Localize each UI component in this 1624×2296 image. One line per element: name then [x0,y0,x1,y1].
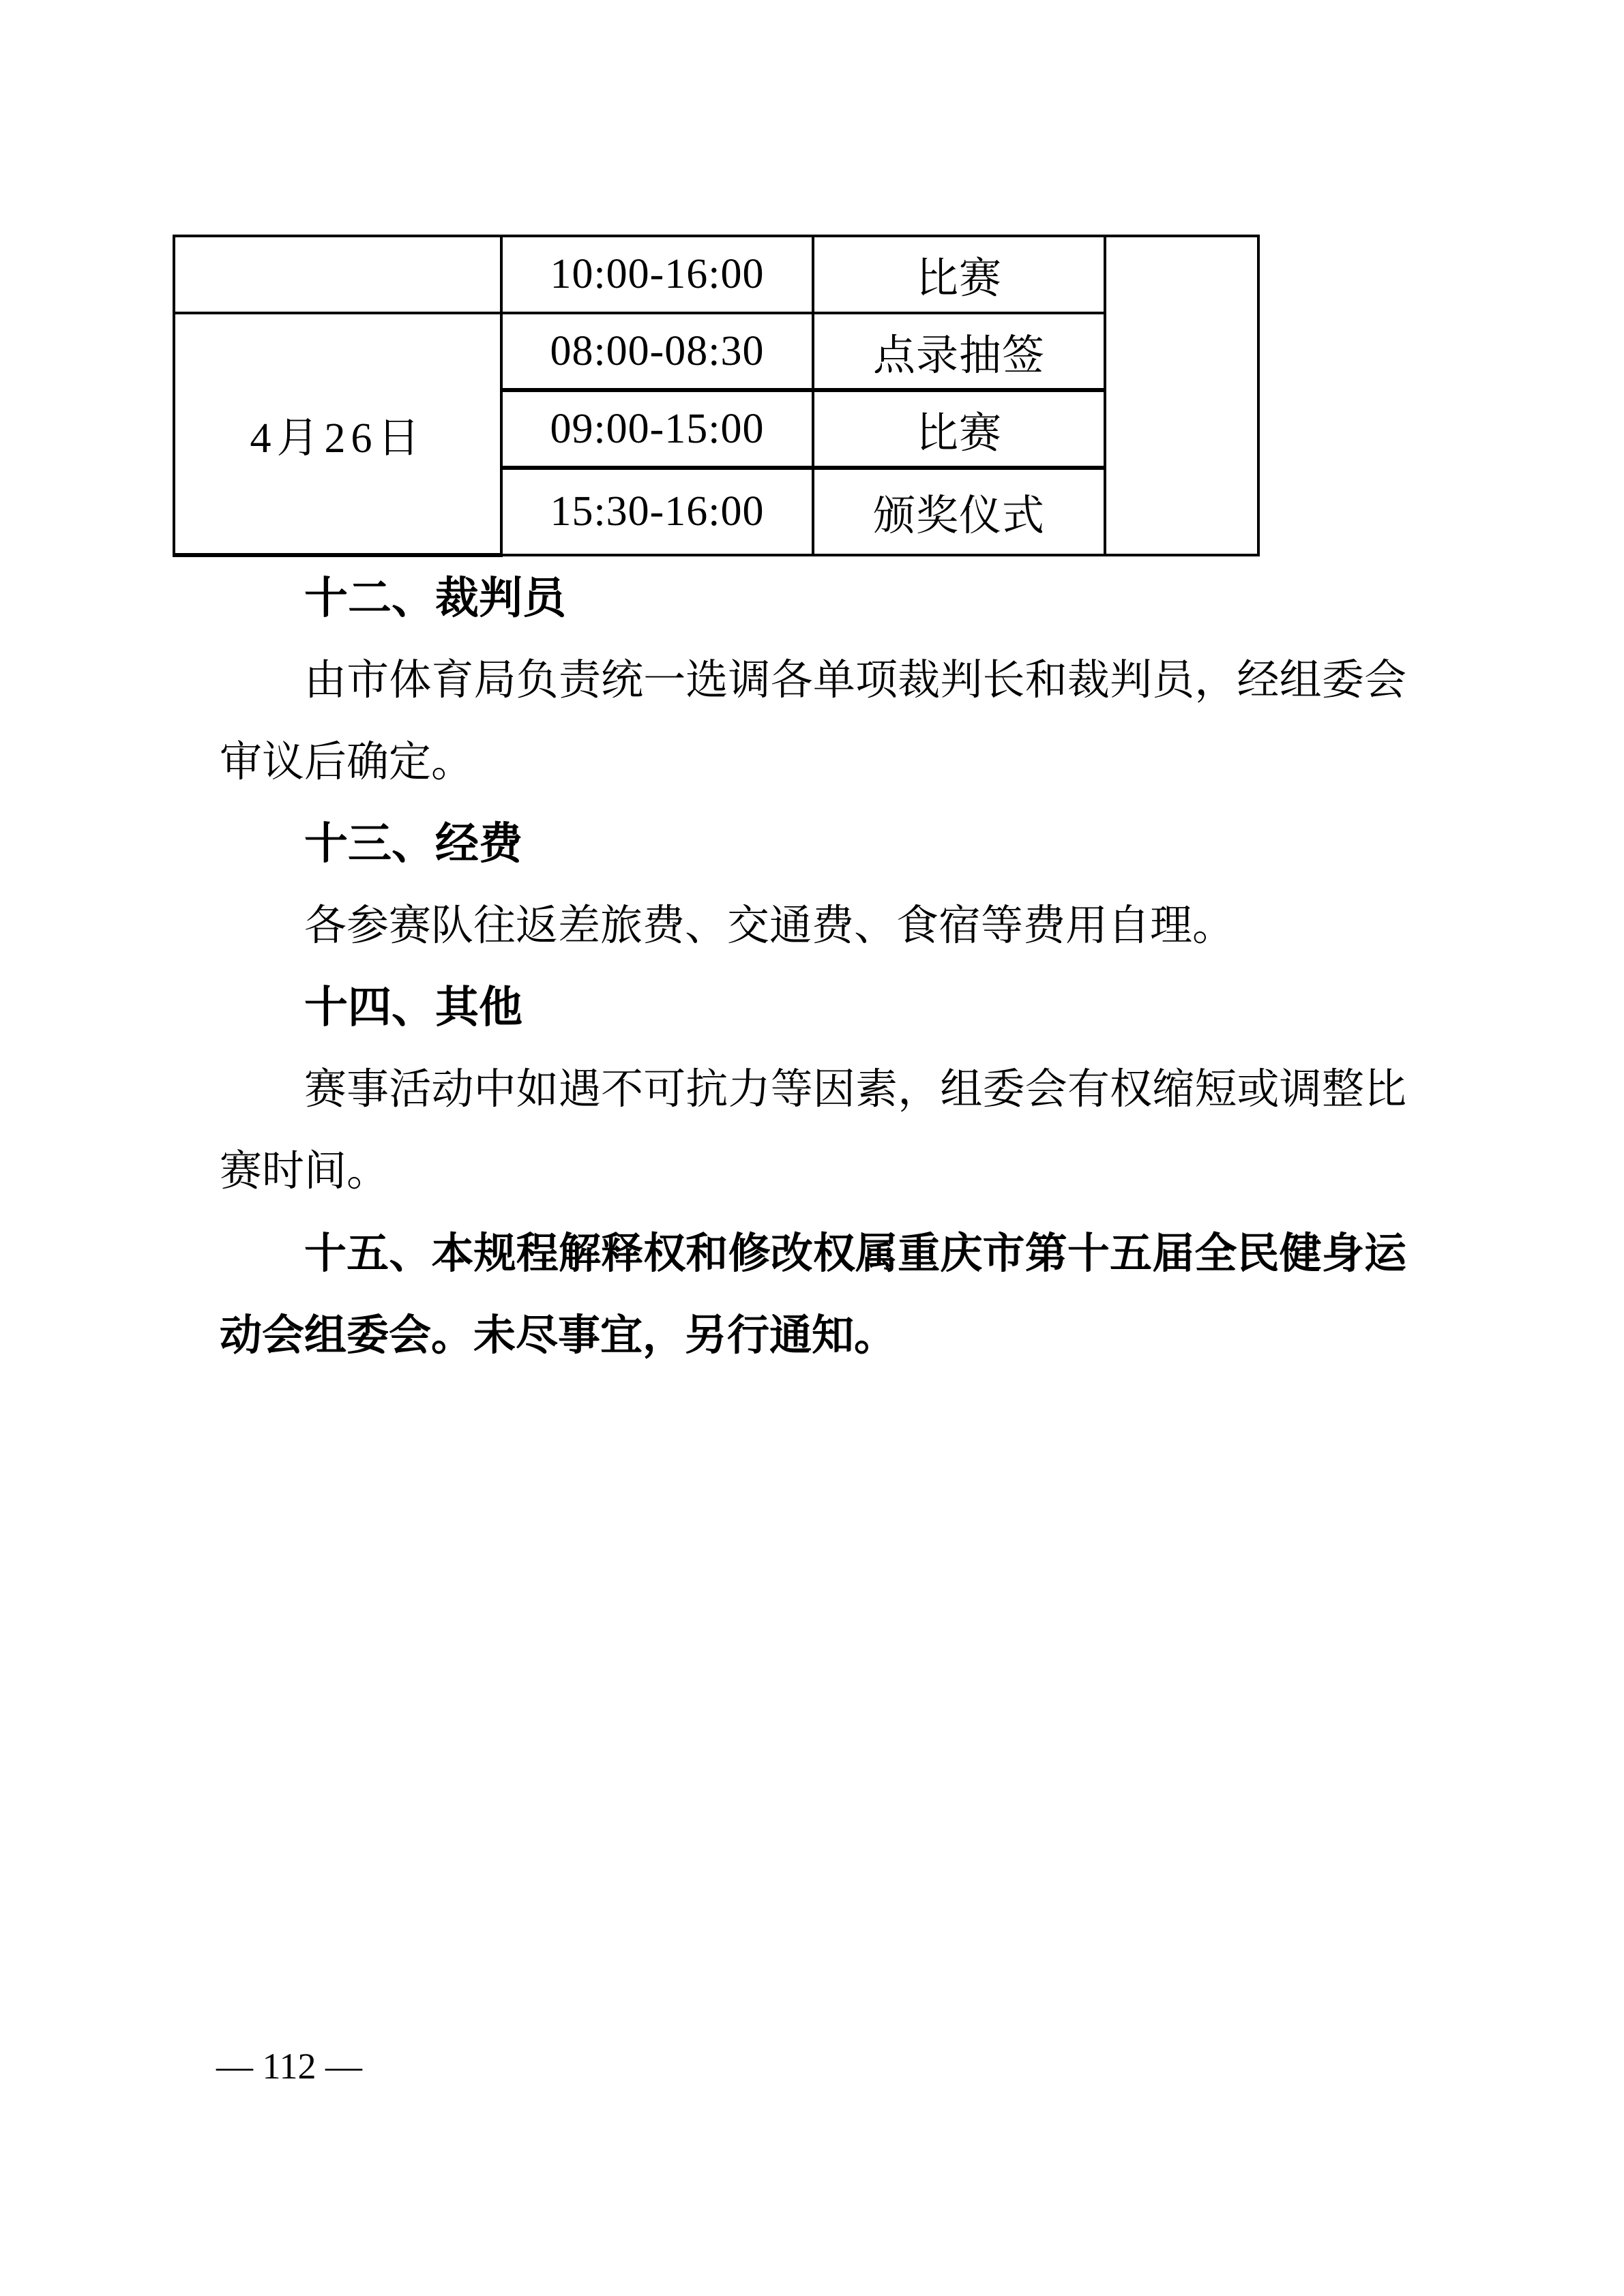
table-cell-time-3: 09:00-15:00 [501,390,813,468]
section-14-paragraph-line-1: 赛事活动中如遇不可抗力等因素，组委会有权缩短或调整比 [220,1049,1406,1131]
section-15-line-2: 动会组委会。未尽事宜，另行通知。 [220,1294,1406,1376]
section-heading-14: 十四、其他 [220,967,1406,1049]
table-cell-date-empty [174,236,501,313]
section-12-paragraph-line-2: 审议后确定。 [220,721,1406,803]
table-cell-notes [1105,236,1258,555]
section-heading-13: 十三、经费 [220,803,1406,885]
section-13-paragraph-line-1: 各参赛队往返差旅费、交通费、食宿等费用自理。 [220,885,1406,967]
table-cell-date: 4月26日 [174,313,501,555]
section-12-paragraph-line-1: 由市体育局负责统一选调各单项裁判长和裁判员，经组委会 [220,640,1406,721]
section-15-line-1: 十五、本规程解释权和修改权属重庆市第十五届全民健身运 [220,1212,1406,1294]
section-14-paragraph-line-2: 赛时间。 [220,1131,1406,1212]
table-cell-time-1: 10:00-16:00 [501,236,813,313]
table-cell-activity-1: 比赛 [813,236,1105,313]
section-heading-12: 十二、裁判员 [220,558,1406,640]
body-text: 十二、裁判员 由市体育局负责统一选调各单项裁判长和裁判员，经组委会 审议后确定。… [220,558,1406,1376]
table-cell-time-4: 15:30-16:00 [501,468,813,555]
table-cell-activity-3: 比赛 [813,390,1105,468]
table-cell-activity-2: 点录抽签 [813,313,1105,390]
schedule-table: 10:00-16:00 比赛 4月26日 08:00-08:30 点录抽签 09… [173,235,1260,557]
table-row: 10:00-16:00 比赛 [174,236,1258,313]
document-page: 10:00-16:00 比赛 4月26日 08:00-08:30 点录抽签 09… [0,0,1624,2296]
page-number: — 112 — [216,2042,362,2090]
table-cell-activity-4: 颁奖仪式 [813,468,1105,555]
table-cell-time-2: 08:00-08:30 [501,313,813,390]
table-row: 4月26日 08:00-08:30 点录抽签 [174,313,1258,390]
